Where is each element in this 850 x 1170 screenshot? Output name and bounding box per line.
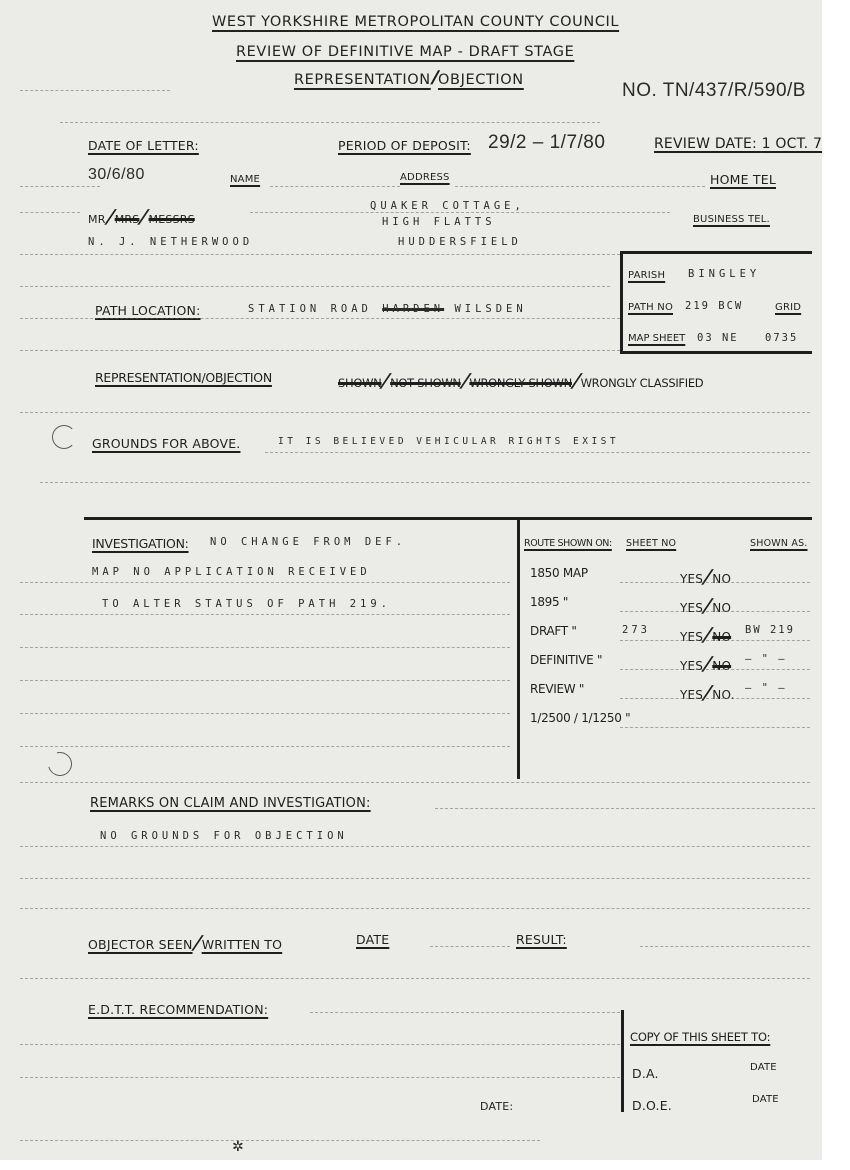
remarks-value[interactable]: NO GROUNDS FOR OBJECTION: [100, 830, 348, 842]
name-label: NAME: [230, 174, 260, 185]
home-tel-label: HOME TEL: [710, 172, 776, 187]
date-of-letter-label: DATE OF LETTER:: [88, 138, 199, 153]
reference-number: NO. TN/437/R/590/B: [622, 80, 806, 102]
route-row-yes-no[interactable]: YES/NO.: [680, 682, 735, 704]
path-no-label: PATH NO: [628, 302, 673, 313]
ink-blot: ✲: [232, 1138, 244, 1155]
title-selector[interactable]: MR/MRS/MESSRS: [88, 206, 195, 228]
path-location-label: PATH LOCATION:: [95, 303, 201, 318]
investigation-label: INVESTIGATION:: [92, 536, 189, 551]
path-location-value[interactable]: STATION ROAD HARDEN WILSDEN: [248, 303, 527, 315]
copy-to-label: COPY OF THIS SHEET TO:: [630, 1030, 770, 1044]
review-date: REVIEW DATE: 1 OCT. 7: [654, 136, 822, 152]
investigation-line-1[interactable]: NO CHANGE FROM DEF.: [210, 536, 406, 548]
route-row-shown-as[interactable]: — " —: [745, 682, 787, 694]
period-of-deposit-value[interactable]: 29/2 – 1/7/80: [488, 132, 605, 154]
reference-label: NO.: [622, 80, 657, 101]
map-sheet-label: MAP SHEET: [628, 333, 685, 344]
recommendation-label: E.D.T.T. RECOMMENDATION:: [88, 1002, 268, 1017]
council-name: WEST YORKSHIRE METROPOLITAN COUNTY COUNC…: [212, 14, 619, 30]
result-label: RESULT:: [516, 932, 567, 947]
address-label: ADDRESS: [400, 172, 450, 183]
investigation-line-3[interactable]: TO ALTER STATUS OF PATH 219.: [102, 598, 391, 610]
map-sheet-value[interactable]: 03 NE: [697, 332, 739, 344]
route-shown-header: ROUTE SHOWN ON:: [524, 538, 612, 549]
grounds-label: GROUNDS FOR ABOVE.: [92, 436, 240, 451]
period-of-deposit-label: PERIOD OF DEPOSIT:: [338, 138, 471, 153]
objector-row: OBJECTOR SEEN/WRITTEN TO: [88, 932, 282, 954]
representation-option-not-shown[interactable]: NOT SHOWN: [390, 376, 461, 390]
review-date-label: REVIEW DATE:: [654, 136, 757, 152]
route-row-sheet[interactable]: 273: [622, 624, 650, 636]
path-location-struck: HARDEN: [382, 303, 444, 315]
sheet-no-header: SHEET NO: [626, 538, 676, 549]
title-option-mrs[interactable]: MRS: [115, 213, 140, 226]
form-title-representation: REPRESENTATION: [294, 72, 431, 88]
title-option-messrs[interactable]: MESSRS: [149, 213, 195, 226]
route-row-yes-no[interactable]: YES/NO: [680, 624, 731, 646]
copy-doe-label: D.O.E.: [632, 1098, 672, 1113]
punch-hole: [52, 425, 76, 449]
title-option-mr[interactable]: MR: [88, 213, 106, 226]
objector-seen-label[interactable]: OBJECTOR SEEN: [88, 937, 193, 952]
route-row-label: 1850 MAP: [530, 566, 588, 580]
path-no-value[interactable]: 219 BCW: [685, 300, 743, 312]
copy-da-date-label: DATE: [750, 1062, 777, 1073]
route-row-label: DRAFT ": [530, 624, 577, 638]
path-location-road: STATION ROAD: [248, 303, 372, 315]
reference-value[interactable]: TN/437/R/590/B: [663, 80, 806, 101]
objector-date-label: DATE: [356, 932, 389, 947]
grid-value[interactable]: 0735: [765, 332, 798, 344]
business-tel-label: BUSINESS TEL.: [693, 214, 770, 225]
route-row-yes-no[interactable]: YES/NO: [680, 653, 731, 675]
grid-label: GRID: [775, 302, 801, 313]
parish-label: PARISH: [628, 270, 665, 281]
investigation-line-2[interactable]: MAP NO APPLICATION RECEIVED: [92, 566, 371, 578]
address-line-3[interactable]: HUDDERSFIELD: [398, 236, 522, 248]
route-row-label: DEFINITIVE ": [530, 653, 602, 667]
punch-hole: [44, 748, 77, 781]
recommendation-date-label: DATE:: [480, 1100, 513, 1113]
written-to-label[interactable]: WRITTEN TO: [202, 937, 282, 952]
form-page: WEST YORKSHIRE METROPOLITAN COUNTY COUNC…: [0, 0, 822, 1160]
route-row-label: 1895 ": [530, 595, 568, 609]
copy-doe-date-label: DATE: [752, 1094, 779, 1105]
route-row-yes-no[interactable]: YES/NO: [680, 595, 731, 617]
address-line-1[interactable]: QUAKER COTTAGE,: [370, 200, 525, 212]
representation-option-wrongly-shown[interactable]: WRONGLY SHOWN: [469, 376, 572, 390]
address-line-2[interactable]: HIGH FLATTS: [382, 216, 496, 228]
route-row-yes-no[interactable]: YES/NO: [680, 566, 731, 588]
route-row-label: REVIEW ": [530, 682, 584, 696]
representation-option-wrongly-classified[interactable]: WRONGLY CLASSIFIED: [581, 376, 704, 390]
grounds-value[interactable]: IT IS BELIEVED VEHICULAR RIGHTS EXIST: [278, 436, 619, 447]
name-value[interactable]: N. J. NETHERWOOD: [88, 236, 253, 248]
review-date-value[interactable]: 1 OCT. 7: [762, 136, 822, 152]
representation-options[interactable]: SHOWN/NOT SHOWN/WRONGLY SHOWN/WRONGLY CL…: [338, 370, 703, 392]
representation-option-shown[interactable]: SHOWN: [338, 376, 381, 390]
date-of-letter-value[interactable]: 30/6/80: [88, 166, 145, 184]
form-subtitle: REVIEW OF DEFINITIVE MAP - DRAFT STAGE: [236, 44, 574, 60]
parish-value[interactable]: BINGLEY: [688, 268, 760, 280]
form-title: REPRESENTATION/OBJECTION: [294, 68, 524, 90]
route-row-shown-as[interactable]: — " —: [745, 653, 787, 665]
route-row-label: 1/2500 / 1/1250 ": [530, 711, 630, 725]
path-location-area: WILSDEN: [454, 303, 526, 315]
remarks-label: REMARKS ON CLAIM AND INVESTIGATION:: [90, 796, 371, 811]
shown-as-header: SHOWN AS.: [750, 538, 808, 549]
copy-da-label: D.A.: [632, 1066, 659, 1081]
route-row-shown-as[interactable]: BW 219: [745, 624, 795, 636]
form-title-objection: OBJECTION: [438, 72, 524, 88]
representation-label: REPRESENTATION/OBJECTION: [95, 370, 272, 385]
